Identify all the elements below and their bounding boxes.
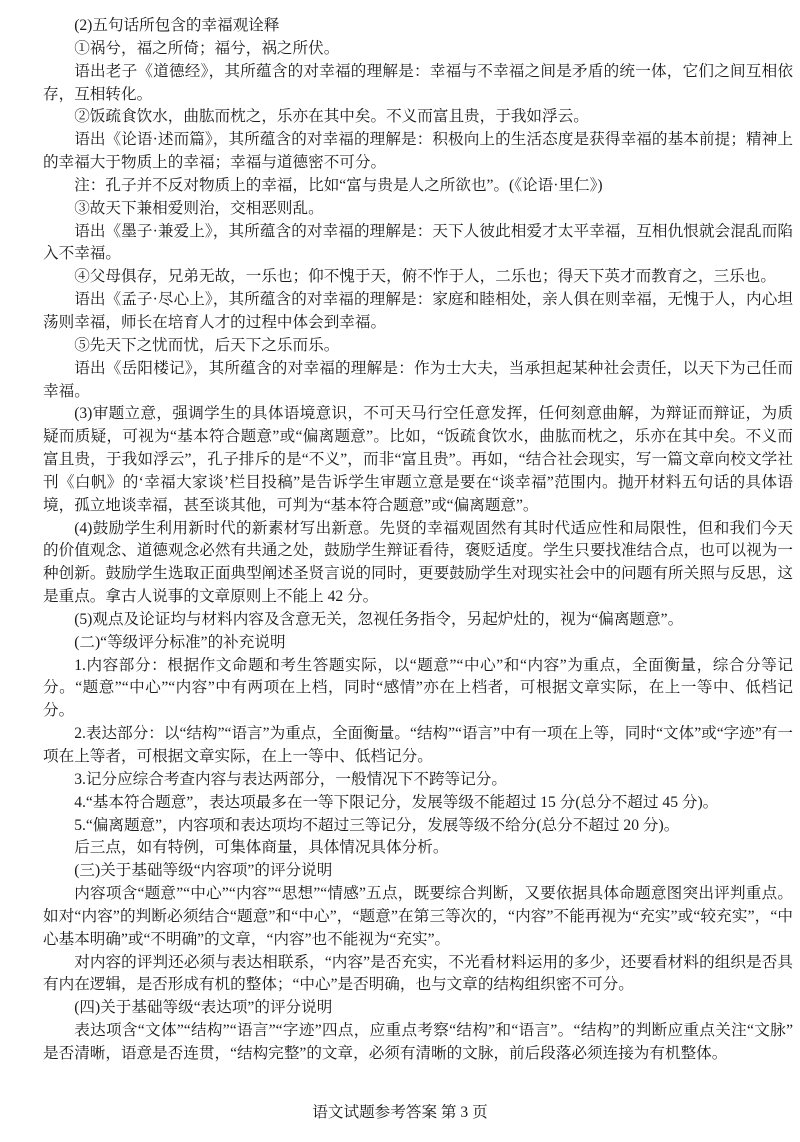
body-paragraph: ②饭疏食饮水，曲肱而枕之，乐亦在其中矣。不义而富且贵，于我如浮云。 (43, 106, 793, 129)
body-paragraph: (二)“等级评分标准”的补充说明 (43, 632, 793, 655)
body-paragraph: 4.“基本符合题意”，表达项最多在一等下限记分，发展等级不能超过 15 分(总分… (43, 792, 793, 815)
page-footer: 语文试题参考答案 第 3 页 (0, 1100, 800, 1122)
document-page: (2)五句话所包含的幸福观诠释①祸兮，福之所倚；福兮，祸之所伏。语出老子《道德经… (0, 0, 800, 1142)
body-paragraph: (四)关于基础等级“表达项”的评分说明 (43, 997, 793, 1020)
body-paragraph: ①祸兮，福之所倚；福兮，祸之所伏。 (43, 38, 793, 61)
body-paragraph: ④父母俱存，兄弟无故，一乐也；仰不愧于天，俯不怍于人，二乐也；得天下英才而教育之… (43, 266, 793, 289)
body-paragraph: 后三点，如有特例，可集体商量，具体情况具体分析。 (43, 837, 793, 860)
body-paragraph: 表达项含“文体”“结构”“语言”“字迹”四点，应重点考察“结构”和“语言”。“结… (43, 1020, 793, 1066)
answer-text-body: (2)五句话所包含的幸福观诠释①祸兮，福之所倚；福兮，祸之所伏。语出老子《道德经… (43, 15, 793, 1066)
body-paragraph: ③故天下兼相爱则治，交相恶则乱。 (43, 198, 793, 221)
body-paragraph: (2)五句话所包含的幸福观诠释 (43, 15, 793, 38)
body-paragraph: 语出《墨子·兼爱上》，其所蕴含的对幸福的理解是：天下人彼此相爱才太平幸福，互相仇… (43, 221, 793, 267)
body-paragraph: 3.记分应综合考查内容与表达两部分，一般情况下不跨等记分。 (43, 769, 793, 792)
body-paragraph: ⑤先天下之忧而忧，后天下之乐而乐。 (43, 335, 793, 358)
body-paragraph: (4)鼓励学生利用新时代的新素材写出新意。先贤的幸福观固然有其时代适应性和局限性… (43, 518, 793, 609)
body-paragraph: 2.表达部分：以“结构”“语言”为重点，全面衡量。“结构”“语言”中有一项在上等… (43, 723, 793, 769)
body-paragraph: 5.“偏离题意”，内容项和表达项均不超过三等记分，发展等级不给分(总分不超过 2… (43, 815, 793, 838)
body-paragraph: 语出《论语·述而篇》，其所蕴含的对幸福的理解是：积极向上的生活态度是获得幸福的基… (43, 129, 793, 175)
body-paragraph: 语出《孟子·尽心上》，其所蕴含的对幸福的理解是：家庭和睦相处，亲人俱在则幸福，无… (43, 289, 793, 335)
body-paragraph: 内容项含“题意”“中心”“内容”“思想”“情感”五点，既要综合判断，又要依据具体… (43, 883, 793, 952)
body-paragraph: 注：孔子并不反对物质上的幸福，比如“富与贵是人之所欲也”。(《论语·里仁》) (43, 175, 793, 198)
body-paragraph: (5)观点及论证均与材料内容及含意无关，忽视任务指令，另起炉灶的，视为“偏离题意… (43, 609, 793, 632)
body-paragraph: (三)关于基础等级“内容项”的评分说明 (43, 860, 793, 883)
body-paragraph: 对内容的评判还必须与表达相联系，“内容”是否充实，不光看材料运用的多少，还要看材… (43, 952, 793, 998)
body-paragraph: (3)审题立意，强调学生的具体语境意识，不可天马行空任意发挥，任何刻意曲解，为辩… (43, 403, 793, 517)
page-footer-label: 语文试题参考答案 第 3 页 (312, 1104, 487, 1121)
body-paragraph: 语出《岳阳楼记》，其所蕴含的对幸福的理解是：作为士大夫，当承担起某种社会责任，以… (43, 358, 793, 404)
body-paragraph: 语出老子《道德经》，其所蕴含的对幸福的理解是：幸福与不幸福之间是矛盾的统一体，它… (43, 61, 793, 107)
body-paragraph: 1.内容部分：根据作文命题和考生答题实际，以“题意”“中心”和“内容”为重点，全… (43, 655, 793, 724)
